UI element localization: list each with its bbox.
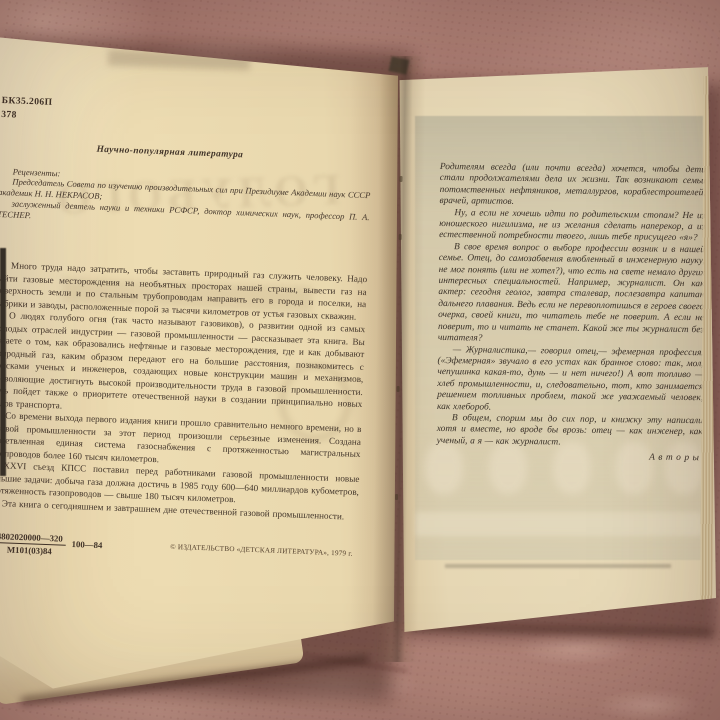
foreword-paragraph: Ну, а если не хочешь идти по родительски… (439, 208, 705, 245)
annotation-text: Много труда надо затратить, чтобы застав… (0, 259, 367, 523)
foreword-paragraph: В общем, спорим мы до сих пор, и книжку … (437, 413, 703, 450)
left-page: ГОЛУБОГО БК35.206П 378 Научно-популярная… (0, 30, 398, 702)
imprint-line: Б 4802020000—320 М101(03)84 100—84 © ИЗД… (0, 531, 353, 568)
bbk-code: БК35.206П 378 (1, 94, 374, 136)
imprint-code: 100—84 (71, 539, 102, 550)
left-page-content: БК35.206П 378 Научно-популярная литерату… (0, 94, 374, 568)
show-through-caption (445, 564, 671, 568)
book-cover-edge (0, 248, 6, 476)
right-page: Родителям всегда (или почти всегда) хоче… (398, 66, 716, 632)
foreword-paragraph: В свое время вопрос о выборе профессии в… (438, 242, 705, 348)
reviewers-block: Рецензенты: Председатель Совета по изуче… (0, 165, 371, 233)
foreword-paragraph: Родителям всегда (или почти всегда) хоче… (439, 162, 706, 211)
show-through-band (415, 512, 703, 536)
imprint-fraction: 4802020000—320 М101(03)84 (0, 532, 66, 558)
foreword-text: Родителям всегда (или почти всегда) хоче… (436, 162, 706, 465)
copyright-notice: © ИЗДАТЕЛЬСТВО «ДЕТСКАЯ ЛИТЕРАТУРА», 197… (170, 542, 353, 559)
imprint-denominator: М101(03)84 (0, 543, 65, 557)
foreword-paragraph: — Журналистика,— говорил отец,— эфемерна… (437, 344, 704, 416)
annotation-paragraph: О людях голубого огня (так часто называю… (0, 309, 365, 423)
genre-label: Научно-популярная литература (0, 140, 340, 166)
